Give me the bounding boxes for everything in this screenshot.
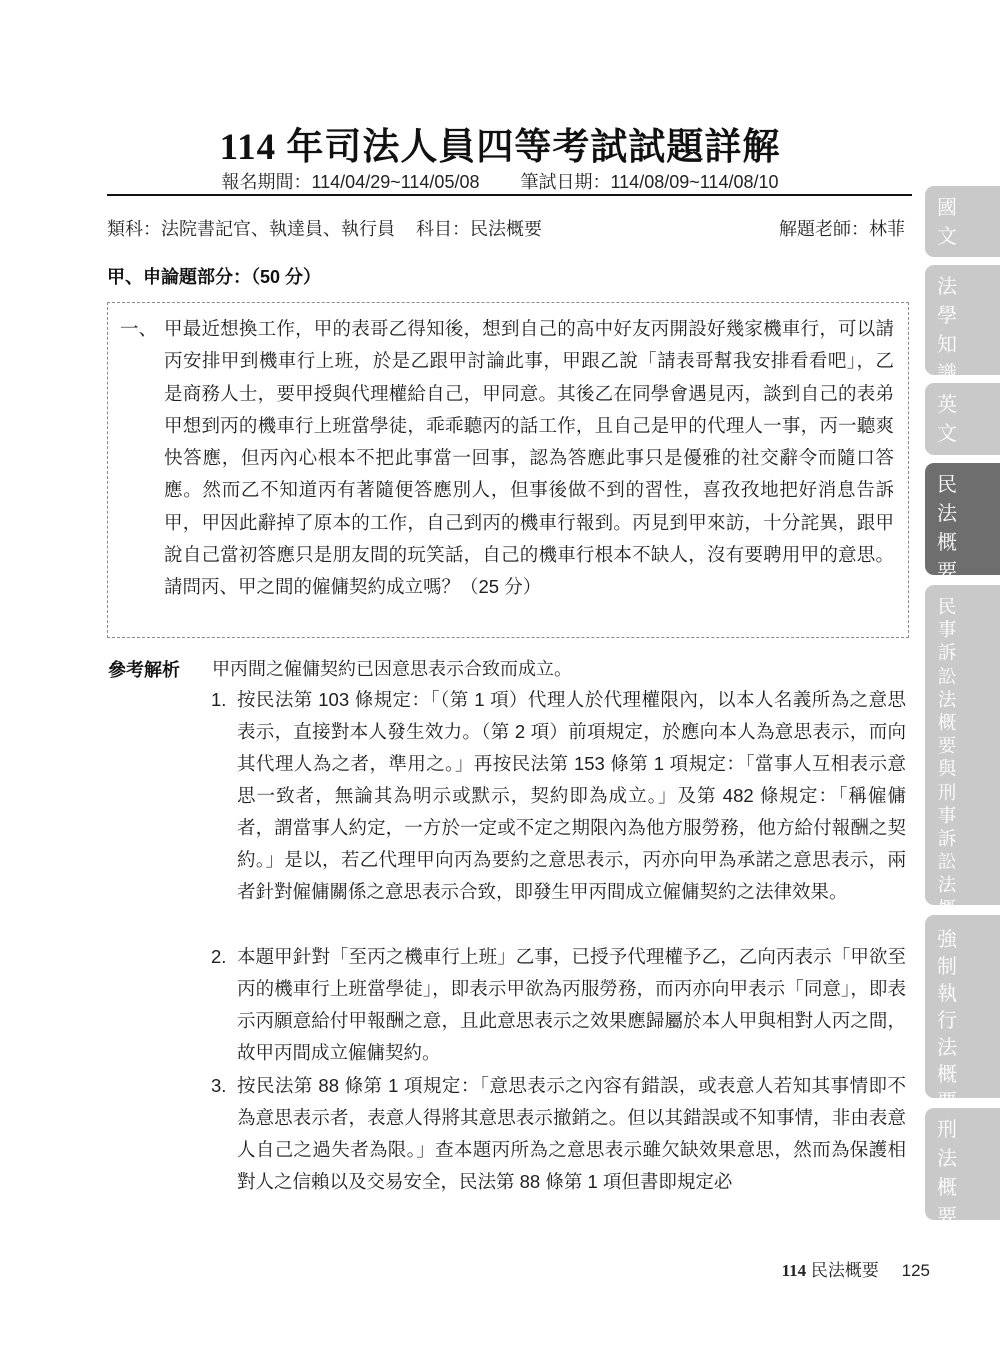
- registration-period: 報名期間：114/04/29~114/05/08: [221, 172, 479, 192]
- answer-item-text: 按民法第 103 條規定：「（第 1 項）代理人於代理權限內，以本人名義所為之意…: [237, 684, 906, 908]
- question-number: 一、: [120, 315, 157, 341]
- section-heading: 甲、申論題部分：（50 分）: [107, 263, 321, 289]
- side-tab-criminal-law[interactable]: 刑法概要: [925, 1108, 1000, 1220]
- category-label: 類科：法院書記官、執達員、執行員: [107, 219, 395, 239]
- side-tab-enforcement-law[interactable]: 強制執行法概要: [925, 915, 1000, 1098]
- teacher-label: 解題老師：林菲: [779, 215, 905, 241]
- side-tab-label: 刑法概要: [936, 1116, 958, 1232]
- side-tab-procedure-law[interactable]: 民事訴訟法概要與刑事訴訟法概要: [925, 585, 1000, 905]
- answer-item-text: 本題甲針對「至丙之機車行上班」乙事，已授予代理權予乙，乙向丙表示「甲欲至丙的機車…: [237, 941, 906, 1069]
- footer-year: 114: [782, 1261, 807, 1280]
- answer-lead: 甲丙間之僱傭契約已因意思表示合致而成立。: [212, 655, 572, 681]
- answer-label: 參考解析: [108, 656, 180, 682]
- answer-item-number: 3.: [211, 1070, 226, 1102]
- side-tab-label: 民事訴訟法概要與刑事訴訟法概要: [936, 595, 958, 943]
- footer-book: 民法概要: [811, 1261, 879, 1280]
- side-tab-label: 英文: [936, 391, 958, 449]
- exam-dates: 報名期間：114/04/29~114/05/08 筆試日期：114/08/09~…: [0, 168, 1000, 194]
- header-divider: [107, 194, 912, 196]
- page-title: 114 年司法人員四等考試試題詳解: [0, 116, 1000, 170]
- page-number: 125: [902, 1261, 930, 1280]
- side-tab-label: 強制執行法概要: [936, 927, 958, 1116]
- answer-item-number: 2.: [211, 941, 226, 973]
- side-tab-label: 法學知識: [936, 273, 958, 389]
- side-tab-label: 國文: [936, 194, 958, 252]
- answer-item: 2. 本題甲針對「至丙之機車行上班」乙事，已授予代理權予乙，乙向丙表示「甲欲至丙…: [211, 941, 906, 1069]
- answer-item-number: 1.: [211, 684, 226, 716]
- subject-label: 科目：民法概要: [416, 219, 542, 239]
- side-tab-law-knowledge[interactable]: 法學知識: [925, 265, 1000, 375]
- answer-item: 3. 按民法第 88 條第 1 項規定：「意思表示之內容有錯誤，或表意人若知其事…: [211, 1070, 906, 1198]
- exam-date: 筆試日期：114/08/09~114/08/10: [521, 172, 779, 192]
- exam-meta: 類科：法院書記官、執達員、執行員 科目：民法概要 解題老師：林菲: [107, 215, 905, 241]
- question-text: 甲最近想換工作，甲的表哥乙得知後，想到自己的高中好友丙開設好幾家機車行，可以請丙…: [164, 313, 894, 604]
- side-tab-civil-law[interactable]: 民法概要: [925, 463, 1000, 575]
- answer-item: 1. 按民法第 103 條規定：「（第 1 項）代理人於代理權限內，以本人名義所…: [211, 684, 906, 908]
- page-footer: 114 民法概要 125: [782, 1256, 930, 1281]
- side-tab-chinese[interactable]: 國文: [925, 186, 1000, 257]
- answer-item-text: 按民法第 88 條第 1 項規定：「意思表示之內容有錯誤，或表意人若知其事情即不…: [237, 1070, 906, 1198]
- side-tab-label: 民法概要: [936, 471, 958, 587]
- side-tab-english[interactable]: 英文: [925, 383, 1000, 455]
